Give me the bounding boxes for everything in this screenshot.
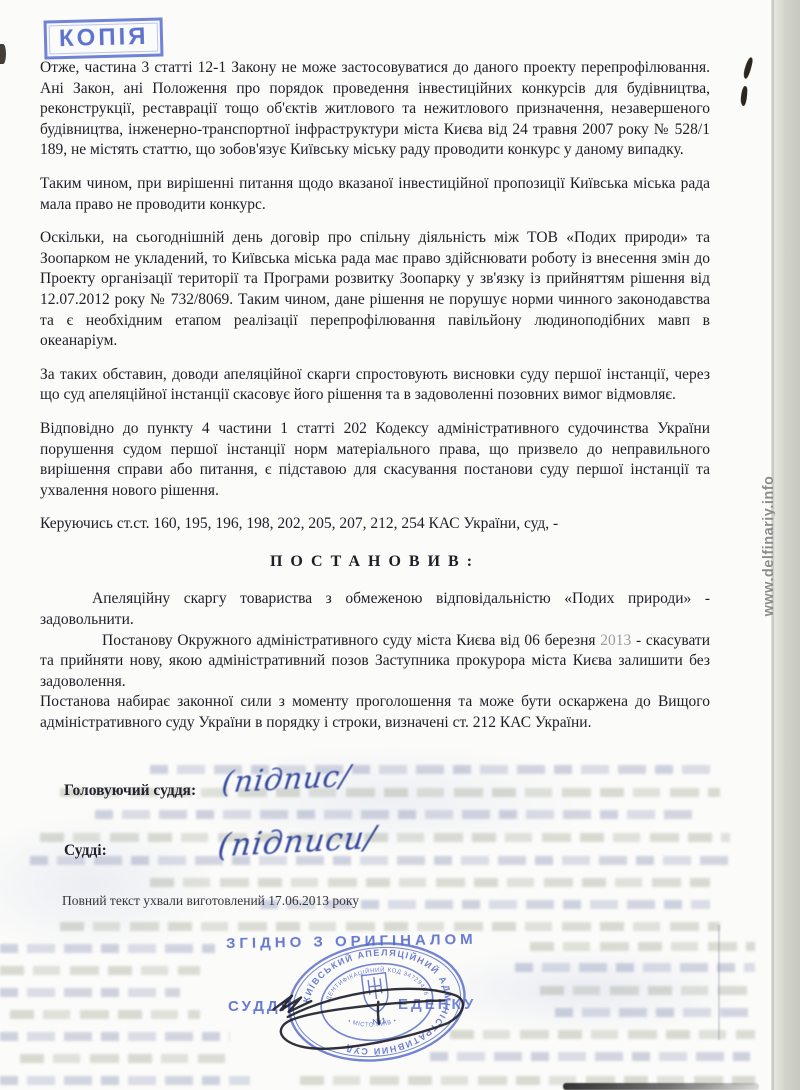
bleed-through-line — [0, 966, 200, 975]
paragraph: За таких обставин, доводи апеляційної ск… — [40, 365, 710, 406]
bleed-through-line — [40, 833, 730, 842]
bleed-through-line — [0, 944, 215, 953]
paragraph: Оскільки, на сьогоднішній день договір п… — [40, 228, 710, 352]
document-body: Отже, частина 3 статті 12-1 Закону не мо… — [40, 58, 710, 734]
ink-mark — [740, 86, 747, 106]
resolution-item: Апеляційну скаргу товариства з обмеженою… — [40, 589, 710, 630]
bleed-through-line — [20, 1054, 225, 1063]
bleed-through-line — [0, 1076, 250, 1085]
bleed-through-line — [555, 1008, 755, 1017]
bleed-through-line — [0, 988, 180, 997]
bleed-through-line — [530, 942, 755, 951]
bleed-through-line — [150, 878, 710, 887]
edge-mark — [0, 44, 6, 64]
paragraph: Відповідно до пункту 4 частини 1 статті … — [40, 419, 710, 501]
bleed-through-line — [30, 856, 730, 865]
bleed-through-line — [450, 1030, 755, 1039]
pen-signature — [264, 968, 479, 1075]
bleed-through-line — [60, 922, 720, 931]
resolution-item: Постанову Окружного адміністративного су… — [40, 631, 710, 693]
bleed-through-line — [10, 1010, 200, 1019]
full-text-note: Повний текст ухвали виготовлений 17.06.2… — [62, 893, 359, 909]
bleed-through-line — [0, 1032, 230, 1041]
presiding-judge-label: Головуючий суддя: — [64, 782, 196, 800]
resolution-item: Постанова набирає законної сили з момент… — [40, 692, 710, 733]
ink-mark — [742, 57, 753, 80]
judges-label: Судді: — [64, 842, 107, 860]
scanned-court-document: { "stamps": { "copy": "КОПІЯ", "certifie… — [0, 0, 800, 1090]
presiding-judge-signature: (підпис/ — [220, 758, 353, 799]
bottom-smudge — [563, 1083, 759, 1090]
resolution-text: Постанову Окружного адміністративного су… — [102, 632, 600, 649]
paragraph: Отже, частина 3 статті 12-1 Закону не мо… — [40, 58, 710, 161]
bleed-through-line — [540, 986, 755, 995]
page-fold-line — [771, 0, 775, 1090]
faded-year: 2013 — [600, 632, 631, 649]
paragraph: Керуючись ст.ст. 160, 195, 196, 198, 202… — [40, 514, 710, 535]
copy-stamp: КОПІЯ — [44, 17, 164, 59]
paper-crease — [718, 925, 720, 1040]
bleed-through-line — [95, 810, 695, 819]
paragraph: Таким чином, при вирішенні питання щодо … — [40, 174, 710, 215]
resolution-heading: ПОСТАНОВИВ: — [40, 552, 710, 573]
scan-edge-strip — [775, 0, 800, 1090]
